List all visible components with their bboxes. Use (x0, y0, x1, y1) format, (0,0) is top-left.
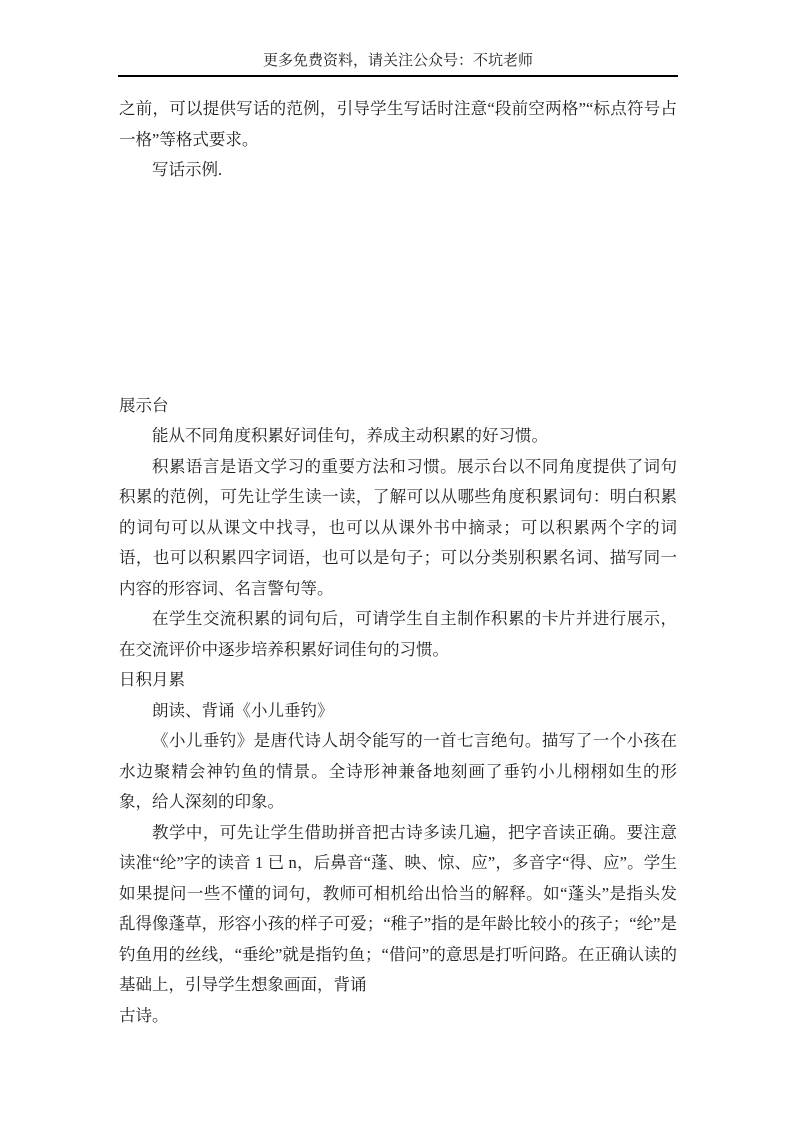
paragraph: 朗读、背诵《小儿垂钓》 (119, 696, 677, 727)
document-page: 更多免费资料，请关注公众号：不坑老师 之前，可以提供写话的范例，引导学生写话时注… (0, 0, 793, 1122)
paragraph: 《小儿垂钓》是唐代诗人胡令能写的一首七言绝句。描写了一个小孩在水边聚精会神钓鱼的… (119, 726, 677, 818)
section-heading: 展示台 (119, 391, 677, 422)
header-notice: 更多免费资料，请关注公众号：不坑老师 (118, 49, 678, 70)
paragraph: 古诗。 (119, 1001, 677, 1032)
paragraph: 写话示例. (119, 155, 677, 186)
paragraph: 教学中，可先让学生借助拼音把古诗多读几遍，把字音读正确。要注意读准“纶”字的读音… (119, 818, 677, 1001)
paragraph: 积累语言是语文学习的重要方法和习惯。展示台以不同角度提供了词句积累的范例，可先让… (119, 452, 677, 605)
paragraph: 能从不同角度积累好词佳句，养成主动积累的好习惯。 (119, 421, 677, 452)
paragraph: 在学生交流积累的词句后，可请学生自主制作积累的卡片并进行展示，在交流评价中逐步培… (119, 604, 677, 665)
section-heading: 日积月累 (119, 665, 677, 696)
header-rule (118, 75, 678, 77)
document-body: 之前，可以提供写话的范例，引导学生写话时注意“段前空两格”“标点符号占一格”等格… (119, 94, 677, 1031)
paragraph: 之前，可以提供写话的范例，引导学生写话时注意“段前空两格”“标点符号占一格”等格… (119, 94, 677, 155)
image-placeholder-gap (119, 186, 677, 391)
